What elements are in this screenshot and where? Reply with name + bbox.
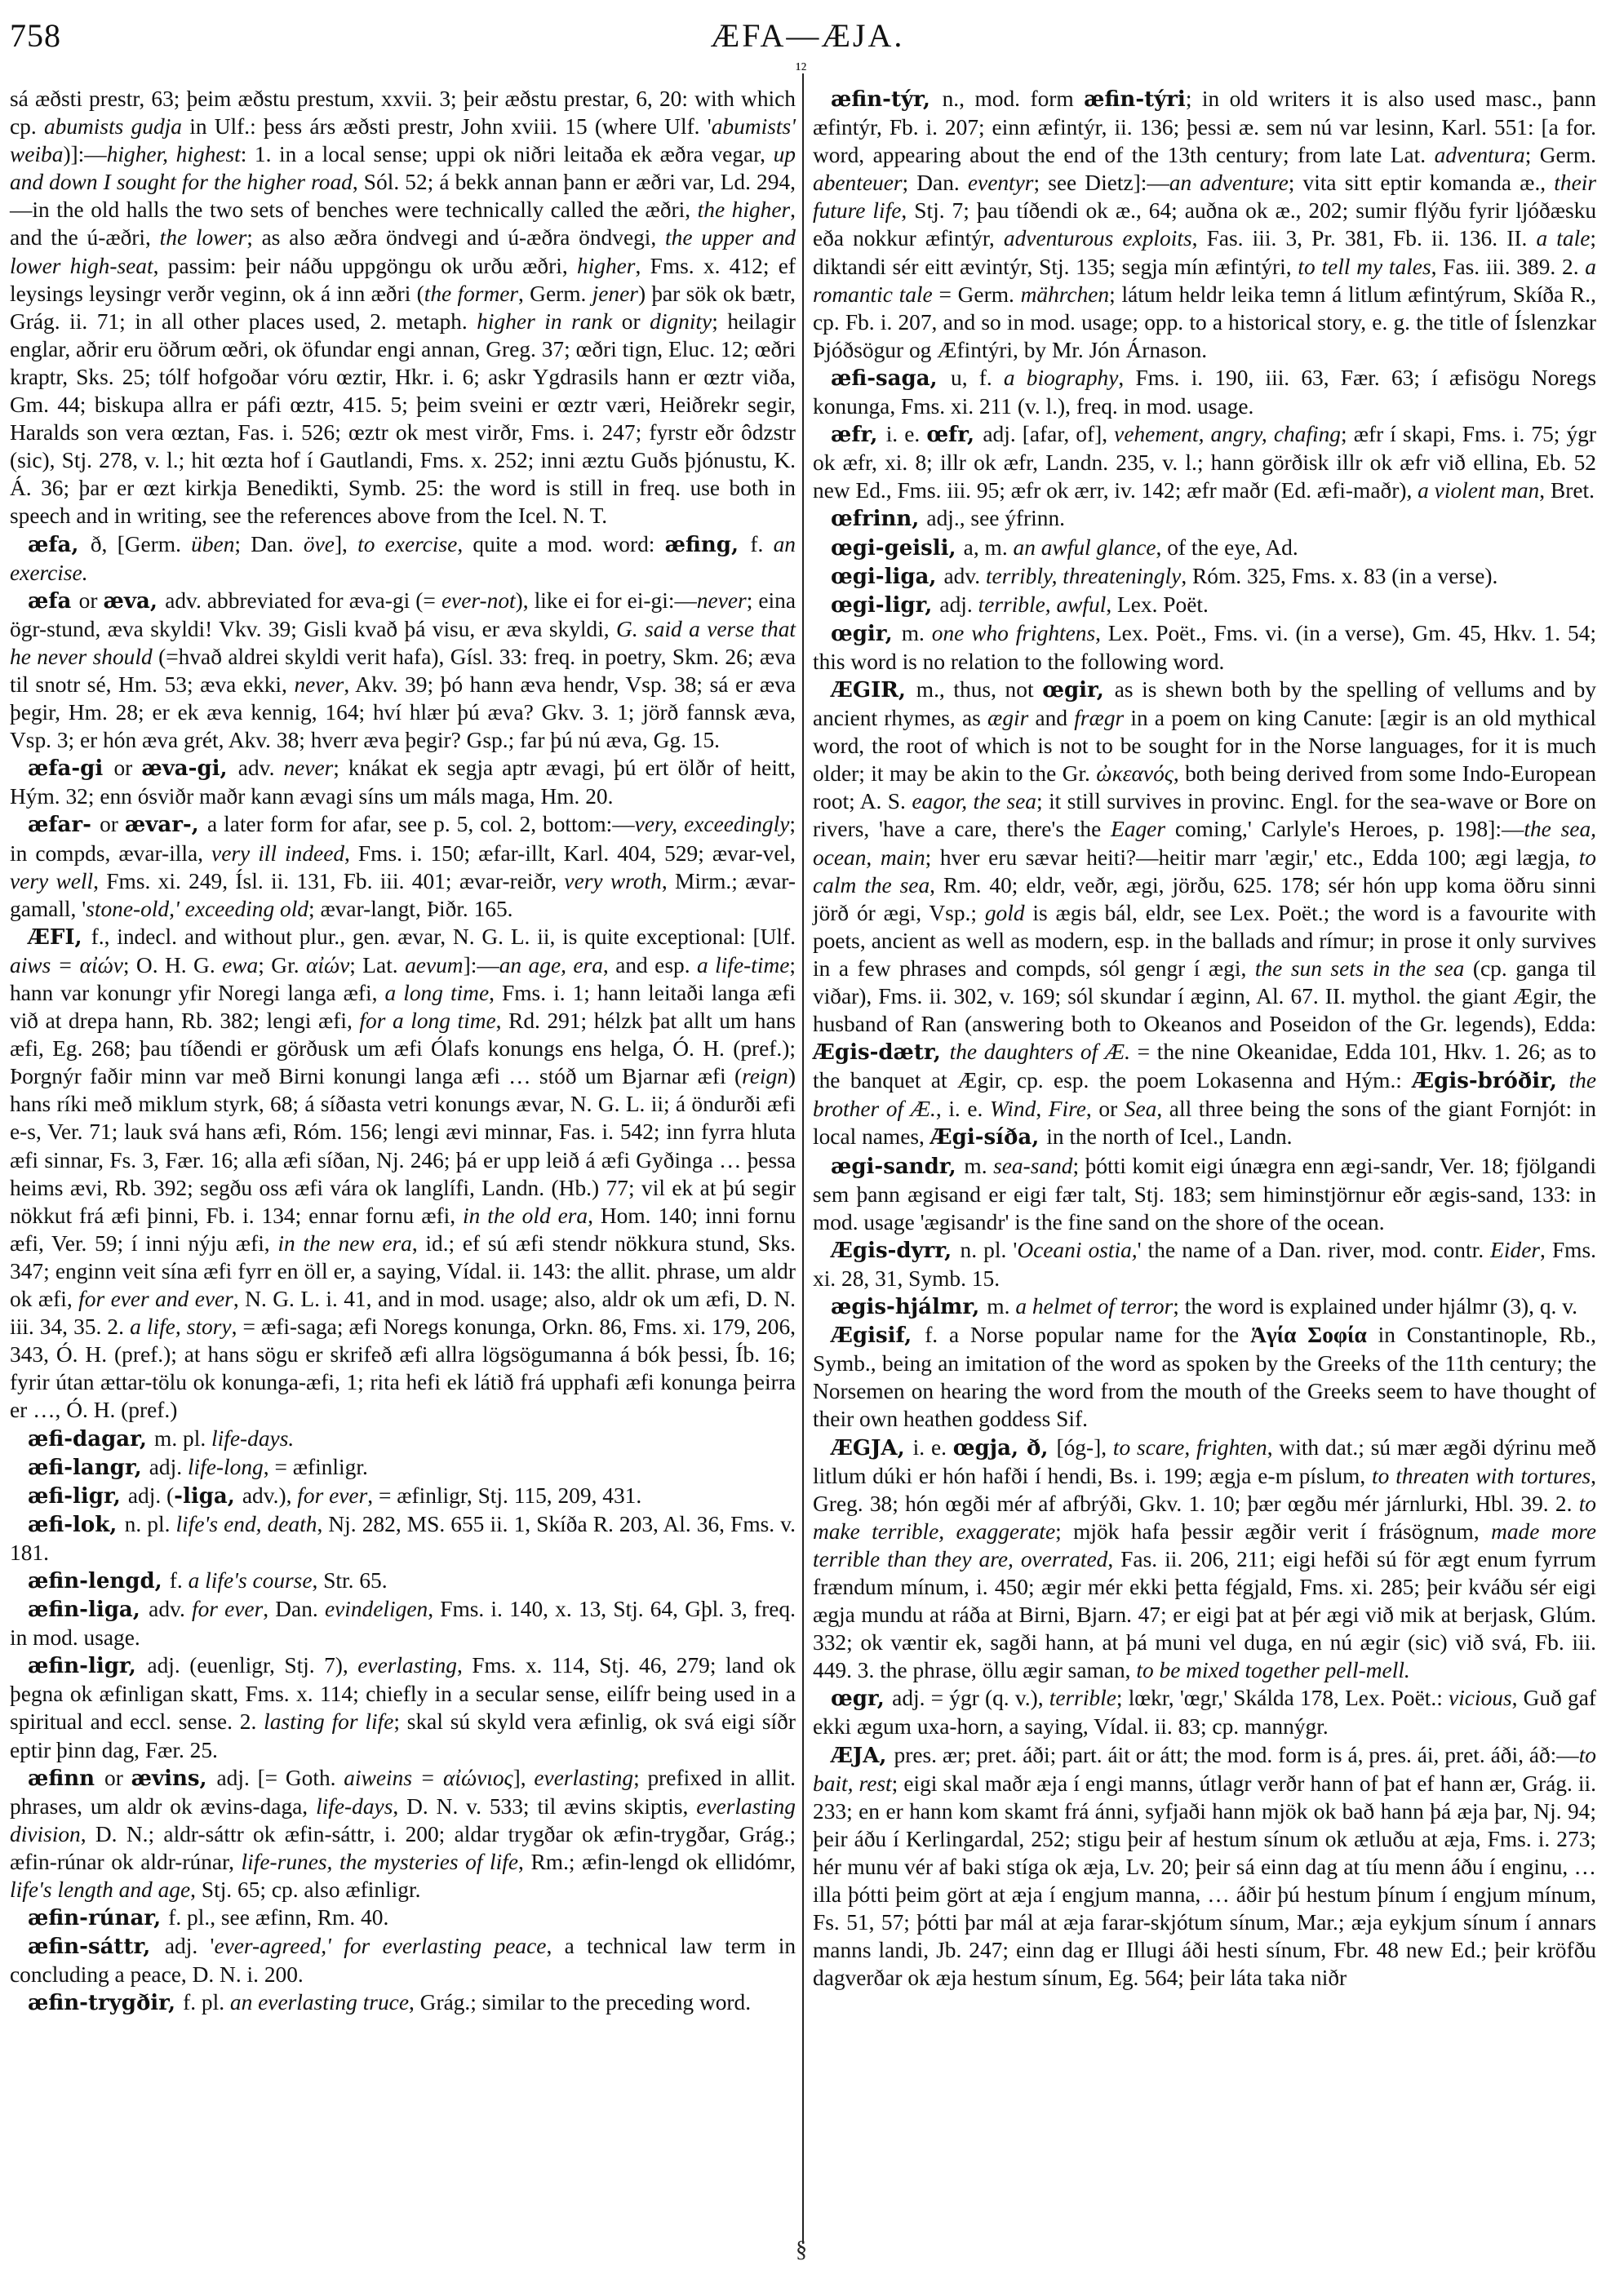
dictionary-entry: æfin-sáttr, adj. 'ever-agreed,' for ever… <box>10 1932 796 1988</box>
gloss-italic: dignity <box>650 309 712 334</box>
gloss-italic: aiws = αἰών <box>10 953 123 977</box>
entry-text: adj. [afar, of], <box>983 422 1114 446</box>
entry-text: , Str. 65. <box>313 1568 388 1593</box>
headword: æfin-týr, <box>831 87 943 112</box>
dictionary-entry: æfa, ð, [Germ. üben; Dan. öve], to exerc… <box>10 530 796 587</box>
gloss-italic: aiweins = αἰώνιος <box>344 1766 512 1790</box>
gloss-italic: üben <box>191 532 234 556</box>
entry-text: ; Lat. <box>349 953 405 977</box>
entry-text: : 1. in a local sense; uppi ok niðri lei… <box>241 142 774 166</box>
entry-text: ], <box>513 1766 535 1790</box>
entry-text: Ἁγία Σοφία <box>1250 1323 1367 1347</box>
entry-text: ; lœkr, 'œgr,' Skálda 178, Lex. Poët.: <box>1116 1686 1449 1710</box>
entry-text: pres. ær; pret. áði; part. áit or átt; t… <box>894 1743 1579 1767</box>
gloss-italic: eventyr <box>968 171 1034 195</box>
dictionary-entry: æfi-lok, n. pl. life's end, death, Nj. 2… <box>10 1510 796 1567</box>
dictionary-entry: æfa-gi or æva-gi, adv. never; knákat ek … <box>10 754 796 810</box>
headword: æfin-rúnar, <box>28 1906 168 1930</box>
entry-text: m. <box>987 1294 1015 1319</box>
gloss-italic: for a long time <box>359 1008 495 1033</box>
headword: æfin-trygðir, <box>28 1991 183 2015</box>
entry-text: f. pl., see æfinn, Rm. 40. <box>168 1905 388 1930</box>
gloss-italic: abumists gudja <box>44 114 182 139</box>
headword: ÆJA, <box>831 1744 894 1768</box>
headword: æfi-saga, <box>831 366 951 391</box>
headword: æva, <box>104 589 166 614</box>
entry-text: , Lex. Poët. <box>1106 592 1209 617</box>
gloss-italic: the lower <box>160 225 247 250</box>
entry-text: , = æfinligr, Stj. 115, 209, 431. <box>367 1483 641 1508</box>
headword: ÆGJA, <box>831 1436 913 1460</box>
entry-text: n. pl. ' <box>961 1238 1018 1262</box>
entry-text: or <box>100 812 125 836</box>
entry-text: and <box>1028 706 1074 730</box>
rule-top-mark: ¹² <box>796 59 806 80</box>
entry-text: adj. ( <box>128 1483 174 1508</box>
entry-text: , and esp. <box>603 953 697 977</box>
gloss-italic: the former <box>424 281 518 306</box>
entry-text: adj. [= Goth. <box>217 1766 344 1790</box>
entry-text: ; Germ. <box>1525 143 1596 167</box>
entry-text: n., mod. form <box>943 86 1085 111</box>
entry-text: ; O. H. G. <box>123 953 222 977</box>
entry-text: ], <box>335 532 357 556</box>
entry-text: ; see Dietz]:— <box>1033 171 1169 195</box>
entry-text: or <box>113 756 141 780</box>
entry-text: adv. abbreviated for æva-gi (= <box>165 588 441 613</box>
entry-text: or <box>612 309 650 334</box>
entry-text: ' the name of a Dan. river, mod. contr. <box>1138 1238 1491 1262</box>
gloss-italic: never <box>697 588 747 613</box>
dictionary-entry: æfr, i. e. œfr, adj. [afar, of], vehemen… <box>813 420 1596 504</box>
entry-text: ð, [Germ. <box>91 532 191 556</box>
entry-text: f. a Norse popular name for the <box>925 1323 1250 1347</box>
gloss-italic: terrible, awful <box>978 592 1107 617</box>
gloss-italic: to scare, frighten <box>1113 1435 1267 1460</box>
entry-text: f. pl. <box>183 1990 230 2015</box>
gloss-italic: to tell my tales <box>1298 255 1431 279</box>
headword: æva-gi, <box>141 756 237 781</box>
gloss-italic: never <box>294 672 344 697</box>
entry-text: [óg-], <box>1056 1435 1112 1460</box>
entry-text: coming,' Carlyle's Heroes, p. 198]:— <box>1165 817 1524 841</box>
gloss-italic: a life, story <box>130 1314 232 1339</box>
dictionary-entry: Ægisif, f. a Norse popular name for the … <box>813 1321 1596 1433</box>
gloss-italic: life-long <box>188 1455 264 1479</box>
gloss-italic: ewa <box>222 953 258 977</box>
headword: ÆGIR, <box>831 678 916 703</box>
entry-text: , <box>1036 1097 1048 1121</box>
entry-text: f. <box>750 532 773 556</box>
entry-text: in Ulf.: þess árs æðsti prestr, John xvi… <box>182 114 712 139</box>
dictionary-entry: æfi-dagar, m. pl. life-days. <box>10 1425 796 1453</box>
headword: æfr, <box>831 423 886 447</box>
dictionary-entry: ÆFI, f., indecl. and without plur., gen.… <box>10 923 796 1425</box>
entry-text: )]:— <box>63 142 106 166</box>
entry-text: m. pl. <box>154 1426 211 1451</box>
dictionary-entry: œgi-liga, adv. terribly, threateningly, … <box>813 562 1596 591</box>
gloss-italic: a biography <box>1004 366 1119 390</box>
gloss-italic: a life-time <box>697 953 789 977</box>
rule-bottom-mark: § <box>796 2237 807 2263</box>
dictionary-entry: œgr, adj. = ýgr (q. v.), terrible; lœkr,… <box>813 1684 1596 1740</box>
gloss-italic: an everlasting truce <box>230 1990 409 2015</box>
entry-text: ; ævar-langt, Þiðr. 165. <box>308 897 513 921</box>
dictionary-entry: ÆJA, pres. ær; pret. áði; part. áit or á… <box>813 1741 1596 1992</box>
gloss-italic: aevum <box>405 953 464 977</box>
column-rule <box>802 73 804 2244</box>
headword: Ægisif, <box>831 1323 925 1348</box>
headword: œgir, <box>831 622 902 646</box>
entry-text: ; Dan. <box>234 532 304 556</box>
entry-text: m. <box>964 1154 993 1178</box>
entry-text: ), like ei for ei-gi:— <box>516 588 697 613</box>
gloss-italic: jener <box>592 281 638 306</box>
dictionary-entry: æfi-langr, adj. life-long, = æfinligr. <box>10 1453 796 1482</box>
entry-text: ; the word is explained under hjálmr (3)… <box>1173 1294 1577 1319</box>
gloss-italic: ever-not <box>441 588 516 613</box>
dictionary-entry: æfin-ligr, adj. (euenligr, Stj. 7), ever… <box>10 1651 796 1763</box>
entry-text: , i. e. <box>936 1097 990 1121</box>
entry-text: , Dan. <box>263 1597 325 1621</box>
dictionary-entry: ægi-sandr, m. sea-sand; þótti komit eigi… <box>813 1152 1596 1236</box>
dictionary-entry: æfi-ligr, adj. (-liga, adv.), for ever, … <box>10 1482 796 1510</box>
headword: Ægis-dætr, <box>813 1040 950 1065</box>
gloss-italic: Sea <box>1125 1097 1157 1121</box>
dictionary-entry: œgi-geisli, a, m. an awful glance, of th… <box>813 534 1596 562</box>
entry-text: , Rm.; æfin-lengd ok ellidómr, <box>518 1850 796 1874</box>
dictionary-entry: œgi-ligr, adj. terrible, awful, Lex. Poë… <box>813 591 1596 619</box>
entry-text: , Fas. iii. 3, Pr. 381, Fb. ii. 136. II. <box>1192 226 1537 250</box>
gloss-italic: life-days <box>316 1794 393 1819</box>
dictionary-entry: œgir, m. one who frightens, Lex. Poët., … <box>813 619 1596 676</box>
gloss-italic: abenteuer <box>813 171 903 195</box>
entry-text: adj. (euenligr, Stj. 7), <box>147 1653 357 1678</box>
entry-text: , Fms. xi. 249, Ísl. ii. 131, Fb. iii. 4… <box>93 869 564 893</box>
headword: æfin-liga, <box>28 1598 149 1622</box>
gloss-italic: adventurous exploits <box>1004 226 1192 250</box>
entry-text: , Fms. i. 150; æfar-illt, Karl. 404, 529… <box>344 841 796 866</box>
gloss-italic: Oceani ostia, <box>1017 1238 1137 1262</box>
entry-text: n. pl. <box>125 1512 176 1536</box>
entry-text: , = æfinligr. <box>264 1455 368 1479</box>
entry-text: , quite a mod. word: <box>457 532 664 556</box>
dictionary-entry: œfrinn, adj., see ýfrinn. <box>813 504 1596 533</box>
entry-text: a later form for afar, see p. 5, col. 2,… <box>207 812 635 836</box>
gloss-italic: stone-old,' exceeding old <box>86 897 308 921</box>
gloss-italic: everlasting <box>534 1766 633 1790</box>
headword: œgr, <box>831 1687 892 1711</box>
headword: æfin-sáttr, <box>28 1935 165 1959</box>
entry-text: , D. N. v. 533; til ævins skiptis, <box>393 1794 696 1819</box>
entry-text: , Bret. <box>1539 478 1595 503</box>
entry-text: adj. <box>939 592 978 617</box>
gloss-italic: to threaten with tortures <box>1372 1464 1591 1488</box>
headword: œgja, ð, <box>953 1436 1057 1460</box>
headword: Ægis-bróðir, <box>1412 1069 1568 1093</box>
dictionary-entry: æfin-týr, n., mod. form æfin-týri; in ol… <box>813 85 1596 364</box>
dictionary-entry: æfin-trygðir, f. pl. an everlasting truc… <box>10 1988 796 2017</box>
entry-text: u, f. <box>951 366 1004 390</box>
gloss-italic: life's length and age <box>10 1877 190 1902</box>
headword: æfi-ligr, <box>28 1484 128 1509</box>
headword: ægi-sandr, <box>831 1155 964 1179</box>
entry-text: , Fas. iii. 389. 2. <box>1431 255 1586 279</box>
headword: ægis-hjálmr, <box>831 1295 987 1319</box>
gloss-italic: very, exceedingly <box>635 812 790 836</box>
entry-text: or <box>104 1766 131 1790</box>
entry-text: i. e. <box>913 1435 953 1460</box>
headword: æfi-langr, <box>28 1456 149 1480</box>
gloss-italic: to be mixed together pell-mell. <box>1136 1658 1409 1682</box>
gloss-italic: in the new era <box>277 1231 412 1256</box>
gloss-italic: ὠκεανός <box>1096 761 1174 786</box>
dictionary-entry: sá æðsti prestr, 63; þeim æðstu prestum,… <box>10 85 796 530</box>
entry-text: ; mjök hafa þessir ægðir verit í frásögn… <box>1055 1519 1491 1544</box>
right-column: æfin-týr, n., mod. form æfin-týri; in ol… <box>813 85 1596 1992</box>
gloss-italic: evindeligen <box>325 1597 428 1621</box>
headword: œfr, <box>926 423 983 447</box>
entry-text: ; as also æðra öndvegi and ú-æðra öndveg… <box>246 225 665 250</box>
gloss-italic: life's end, death <box>176 1512 317 1536</box>
dictionary-entry: ÆGJA, i. e. œgja, ð, [óg-], to scare, fr… <box>813 1434 1596 1685</box>
gloss-italic: very wroth <box>564 869 661 893</box>
gloss-italic: ever-agreed,' for everlasting peace <box>214 1934 546 1958</box>
entry-text: adv. <box>238 756 284 780</box>
gloss-italic: for ever <box>297 1483 367 1508</box>
entry-text: a, m. <box>964 535 1014 560</box>
headword: -liga, <box>174 1484 242 1509</box>
entry-text: ; hver eru sævar heiti?—heitir marr 'ægi… <box>925 845 1579 870</box>
gloss-italic: adventura <box>1435 143 1525 167</box>
gloss-italic: life-runes, the mysteries of life <box>242 1850 519 1874</box>
dictionary-entry: æfinn or ævins, adj. [= Goth. aiweins = … <box>10 1764 796 1904</box>
gloss-italic: Fire <box>1049 1097 1086 1121</box>
gloss-italic: for ever and ever <box>78 1287 233 1311</box>
headword: ævins, <box>131 1766 217 1791</box>
headword: æfar- <box>28 813 100 837</box>
headword: æfin-týri <box>1084 87 1186 112</box>
gloss-italic: gold <box>985 901 1025 925</box>
headword: æfi-lok, <box>28 1513 125 1537</box>
gloss-italic: mährchen <box>1021 282 1110 307</box>
gloss-italic: terribly, threateningly <box>986 564 1181 588</box>
gloss-italic: higher in rank <box>477 309 612 334</box>
dictionary-entry: ÆGIR, m., thus, not œgir, as is shewn bo… <box>813 676 1596 1152</box>
dictionary-entry: æfin-rúnar, f. pl., see æfinn, Rm. 40. <box>10 1904 796 1932</box>
headword: œgi-ligr, <box>831 593 939 618</box>
gloss-italic: an age, era <box>499 953 603 977</box>
gloss-italic: everlasting <box>357 1653 457 1678</box>
gloss-italic: very ill indeed <box>211 841 344 866</box>
gloss-italic: frægr <box>1074 706 1124 730</box>
entry-text: adv. <box>149 1597 192 1621</box>
entry-text: ; eigi skal maðr æja í engi manns, útlag… <box>813 1771 1596 1991</box>
headword: æfing, <box>665 533 751 557</box>
headword: œfrinn, <box>831 507 926 531</box>
entry-text: , passim: þeir náðu uppgöngu ok urðu æðr… <box>153 254 577 278</box>
headword: æfi-dagar, <box>28 1427 154 1452</box>
entry-text: adv. <box>943 564 985 588</box>
gloss-italic: for ever <box>192 1597 263 1621</box>
entry-text: = Germ. <box>933 282 1021 307</box>
entry-text: f., indecl. and without plur., gen. ævar… <box>91 924 796 949</box>
gloss-italic: Wind <box>990 1097 1036 1121</box>
entry-text: ; Dan. <box>903 171 968 195</box>
gloss-italic: öve <box>304 532 335 556</box>
entry-text: f. <box>170 1568 189 1593</box>
entry-text: , of the eye, Ad. <box>1156 535 1298 560</box>
entry-text: , or <box>1086 1097 1125 1121</box>
gloss-italic: eagor, the sea <box>912 789 1036 813</box>
entry-text: i. e. <box>886 422 927 446</box>
gloss-italic: very well <box>10 869 93 893</box>
entry-text: , Róm. 325, Fms. x. 83 (in a verse). <box>1181 564 1497 588</box>
gloss-italic: a life's course <box>189 1568 313 1593</box>
gloss-italic: terrible <box>1049 1686 1116 1710</box>
gloss-italic: to exercise <box>357 532 457 556</box>
dictionary-entry: æfar- or ævar-, a later form for afar, s… <box>10 810 796 922</box>
gloss-italic: ægir <box>987 706 1028 730</box>
gloss-italic: Eager <box>1111 817 1165 841</box>
entry-text: adv.), <box>242 1483 297 1508</box>
gloss-italic: αἰών <box>306 953 349 977</box>
gloss-italic: the daughters of Æ. <box>950 1039 1130 1064</box>
entry-text: , Grág.; similar to the preceding word. <box>409 1990 751 2015</box>
entry-text: adj., see ýfrinn. <box>926 506 1065 530</box>
gloss-italic: life-days. <box>211 1426 294 1451</box>
left-column: sá æðsti prestr, 63; þeim æðstu prestum,… <box>10 85 796 2017</box>
gloss-italic: in the old era <box>463 1203 588 1228</box>
headword: Ægis-dyrr, <box>831 1239 961 1263</box>
headword: æfin-lengd, <box>28 1569 170 1593</box>
entry-text: adj. = ýgr (q. v.), <box>892 1686 1049 1710</box>
gloss-italic: reign <box>742 1064 788 1088</box>
entry-text: m., thus, not <box>916 677 1042 702</box>
gloss-italic: a violent man <box>1418 478 1539 503</box>
gloss-italic: vicious <box>1449 1686 1512 1710</box>
gloss-italic: an awful glance <box>1014 535 1156 560</box>
entry-text: ; heilagir englar, aðrir eru öðrum œðri,… <box>10 309 796 529</box>
gloss-italic: higher, highest <box>107 142 241 166</box>
dictionary-entry: æfa or æva, adv. abbreviated for æva-gi … <box>10 587 796 755</box>
gloss-italic: one who frightens <box>932 621 1095 645</box>
dictionary-entry: æfi-saga, u, f. a biography, Fms. i. 190… <box>813 364 1596 420</box>
headword: æfa, <box>28 533 91 557</box>
entry-text: ]:— <box>464 953 499 977</box>
gloss-italic: a tale <box>1536 226 1590 250</box>
headword: æfinn <box>28 1766 104 1791</box>
gloss-italic: never <box>283 756 333 780</box>
gloss-italic: vehement, angry, chafing <box>1114 422 1341 446</box>
gloss-italic: a helmet of terror <box>1015 1294 1173 1319</box>
entry-text: adj. <box>149 1455 188 1479</box>
dictionary-entry: æfin-liga, adv. for ever, Dan. evindelig… <box>10 1595 796 1651</box>
headword: ÆFI, <box>28 925 91 950</box>
dictionary-entry: æfin-lengd, f. a life's course, Str. 65. <box>10 1567 796 1595</box>
headword: æfin-ligr, <box>28 1654 147 1678</box>
gloss-italic: lasting for life <box>264 1709 393 1734</box>
gloss-italic: the sun sets in the sea <box>1255 956 1465 981</box>
headword: œgir, <box>1042 678 1115 703</box>
gloss-italic: the higher <box>698 197 791 222</box>
headword: æfa <box>28 589 79 614</box>
gloss-italic: sea-sand <box>993 1154 1072 1178</box>
running-head: ÆFA—ÆJA. <box>0 16 1615 55</box>
entry-text: , Stj. 65; cp. also æfinligr. <box>190 1877 420 1902</box>
headword: Ægi-síða, <box>930 1125 1047 1150</box>
dictionary-entry: ægis-hjálmr, m. a helmet of terror; the … <box>813 1292 1596 1321</box>
entry-text: , Germ. <box>518 281 592 306</box>
gloss-italic: an adventure <box>1169 171 1289 195</box>
headword: œgi-geisli, <box>831 536 964 561</box>
dictionary-entry: Ægis-dyrr, n. pl. 'Oceani ostia,' the na… <box>813 1236 1596 1292</box>
headword: ævar-, <box>125 813 207 837</box>
headword: œgi-liga, <box>831 565 943 589</box>
entry-text: ; vita sitt eptir komanda æ., <box>1289 171 1554 195</box>
entry-text: m. <box>902 621 932 645</box>
entry-text: ; Gr. <box>258 953 306 977</box>
gloss-italic: a long time <box>385 981 490 1005</box>
headword: æfa-gi <box>28 756 113 781</box>
entry-text: or <box>79 588 104 613</box>
entry-text: adj. ' <box>165 1934 215 1958</box>
gloss-italic: higher <box>577 254 636 278</box>
entry-text: in the north of Icel., Landn. <box>1046 1124 1292 1149</box>
gloss-italic: Eider <box>1490 1238 1540 1262</box>
